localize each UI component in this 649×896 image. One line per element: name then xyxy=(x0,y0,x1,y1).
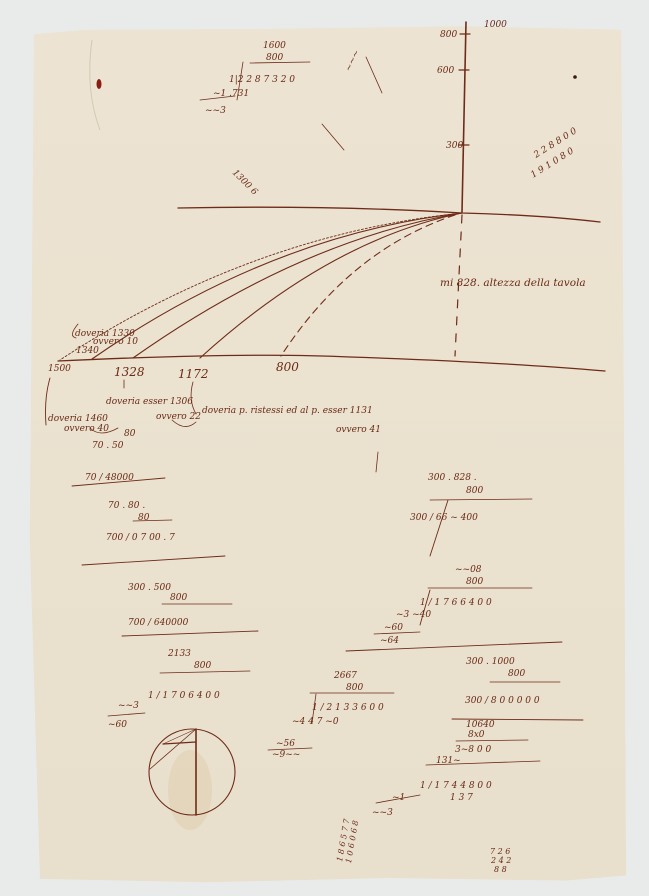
ground-label-800: 800 xyxy=(276,360,299,374)
calc-right-2: ~~08 800 1 / 1 7 6 6 4 0 0 ~3 ~40 ~60 ~6… xyxy=(346,565,562,651)
svg-text:1 / 1 7 6 6 4 0 0: 1 / 1 7 6 6 4 0 0 xyxy=(420,598,492,608)
svg-text:80: 80 xyxy=(124,429,136,439)
trajectory-1340 xyxy=(92,213,462,359)
svg-text:~56: ~56 xyxy=(276,739,295,749)
svg-text:300 / 66 ~ 400: 300 / 66 ~ 400 xyxy=(410,513,478,523)
svg-text:800: 800 xyxy=(194,661,211,671)
svg-text:700 / 0 7 00 . 7: 700 / 0 7 00 . 7 xyxy=(106,533,175,543)
svg-text:10640: 10640 xyxy=(466,720,495,730)
scale-top-label: 1000 xyxy=(484,20,507,30)
svg-text:~64: ~64 xyxy=(380,636,399,646)
svg-text:~~~: ~~~ xyxy=(344,49,363,74)
note-1500-line2: ovvero 40 xyxy=(64,424,109,434)
marker-1340: 1340 xyxy=(76,346,99,356)
note-1328-line2: ovvero 22 xyxy=(156,412,201,422)
trajectory-1328 xyxy=(133,213,462,358)
svg-text:800: 800 xyxy=(170,593,187,603)
svg-text:70 . 50: 70 . 50 xyxy=(92,441,124,451)
svg-text:70 . 80 .: 70 . 80 . xyxy=(108,501,145,511)
calc-right-1: 300 . 828 . 800 300 / 66 ~ 400 xyxy=(410,473,532,556)
svg-text:~9~~: ~9~~ xyxy=(272,750,300,760)
svg-text:~3 ~40: ~3 ~40 xyxy=(396,610,431,620)
svg-text:700 / 640000: 700 / 640000 xyxy=(128,618,189,628)
calc-right-3: 300 . 1000 800 300 / 8 0 0 0 0 0 10640 8… xyxy=(372,657,583,818)
diagonal-number-left: 1300 6 xyxy=(230,168,260,198)
svg-text:1 / 1 7 0 6 4 0 0: 1 / 1 7 0 6 4 0 0 xyxy=(148,691,220,701)
svg-text:2667: 2667 xyxy=(333,671,357,681)
svg-text:300 . 1000: 300 . 1000 xyxy=(466,657,515,667)
svg-text:7 2 6: 7 2 6 xyxy=(490,847,510,856)
note-1500-line1: doveria 1460 xyxy=(48,414,108,424)
svg-text:800: 800 xyxy=(266,53,283,63)
note-1172-line1: doveria p. ristessi ed al p. esser 1131 xyxy=(202,406,373,416)
calc-left-1: 80 70 . 50 70 / 48000 xyxy=(72,429,165,486)
scale-tick-600: 600 xyxy=(437,66,454,76)
calc-left-2: 70 . 80 . 80 700 / 0 7 00 . 7 xyxy=(82,501,225,565)
svg-text:~~3: ~~3 xyxy=(118,701,139,711)
vertical-axis-line xyxy=(462,22,466,212)
svg-text:80: 80 xyxy=(138,513,150,523)
svg-text:800: 800 xyxy=(466,486,483,496)
ground-label-1328: 1328 xyxy=(114,365,145,379)
svg-text:2 4 2: 2 4 2 xyxy=(490,856,511,865)
calc-left-4: 2133 800 1 / 1 7 0 6 4 0 0 ~~3 ~60 xyxy=(108,649,250,730)
note-1328-line1: doveria esser 1306 xyxy=(106,397,193,407)
scale-tick-300: 300 xyxy=(446,141,463,151)
svg-text:8 8: 8 8 xyxy=(494,865,507,874)
svg-text:1 3 7: 1 3 7 xyxy=(450,793,473,803)
svg-text:~~3: ~~3 xyxy=(372,808,393,818)
table-top-line xyxy=(178,207,600,222)
height-annotation: mi 828. altezza della tavola xyxy=(440,277,586,289)
ink-dot xyxy=(573,75,577,79)
svg-text:2133: 2133 xyxy=(167,649,191,659)
note-top-left-line2: ovvero 10 xyxy=(93,337,138,347)
ground-label-1500: 1500 xyxy=(48,364,71,374)
trajectory-1172 xyxy=(200,213,462,358)
svg-text:~60: ~60 xyxy=(108,720,127,730)
calc-top: 1600 800 1|2 2 8 7 3 2 0 ~1 .731 ~~3 xyxy=(200,41,310,116)
svg-text:300 / 8 0 0 0 0 0: 300 / 8 0 0 0 0 0 xyxy=(465,696,540,706)
svg-text:300 . 828 .: 300 . 828 . xyxy=(428,473,477,483)
svg-text:~~3: ~~3 xyxy=(205,106,226,116)
bottom-rotated-numbers-left: 1 8 6 5 7 7 1 0 6 0 6 8 xyxy=(335,817,360,864)
svg-text:800: 800 xyxy=(508,669,525,679)
svg-text:~~08: ~~08 xyxy=(455,565,482,575)
svg-text:800: 800 xyxy=(466,577,483,587)
calc-left-3: 300 . 500 800 700 / 640000 xyxy=(122,583,258,636)
calc-middle: 2667 800 1 / 2 1 3 3 6 0 0 ~4 4 7 ~0 ~56… xyxy=(268,671,394,760)
svg-text:1 / 2 1 3 3 6 0 0: 1 / 2 1 3 3 6 0 0 xyxy=(312,703,384,713)
svg-text:300 . 500: 300 . 500 xyxy=(128,583,171,593)
svg-text:3~8 0 0: 3~8 0 0 xyxy=(455,745,491,755)
svg-text:800: 800 xyxy=(346,683,363,693)
scale-tick-800: 800 xyxy=(440,30,457,40)
manuscript-photo: 1000 800 600 300 mi 828. altezza della t… xyxy=(0,0,649,896)
svg-text:8x0: 8x0 xyxy=(468,730,485,740)
svg-text:1300 6: 1300 6 xyxy=(230,168,260,198)
ink-layer: 1000 800 600 300 mi 828. altezza della t… xyxy=(0,0,649,896)
svg-text:1|2 2 8 7 3 2 0: 1|2 2 8 7 3 2 0 xyxy=(229,75,295,85)
ink-blot xyxy=(97,79,102,89)
note-1172-line2: ovvero 41 xyxy=(336,425,381,435)
rotated-fragment: ~~~ xyxy=(344,49,363,74)
ground-label-1172: 1172 xyxy=(178,367,209,381)
svg-text:~4 4 7 ~0: ~4 4 7 ~0 xyxy=(292,717,339,727)
svg-text:1 / 1 7 4 4 8 0 0: 1 / 1 7 4 4 8 0 0 xyxy=(420,781,492,791)
svg-text:1600: 1600 xyxy=(263,41,286,51)
bottom-numbers-right: 7 2 6 2 4 2 8 8 xyxy=(490,847,511,874)
svg-text:~60: ~60 xyxy=(384,623,403,633)
